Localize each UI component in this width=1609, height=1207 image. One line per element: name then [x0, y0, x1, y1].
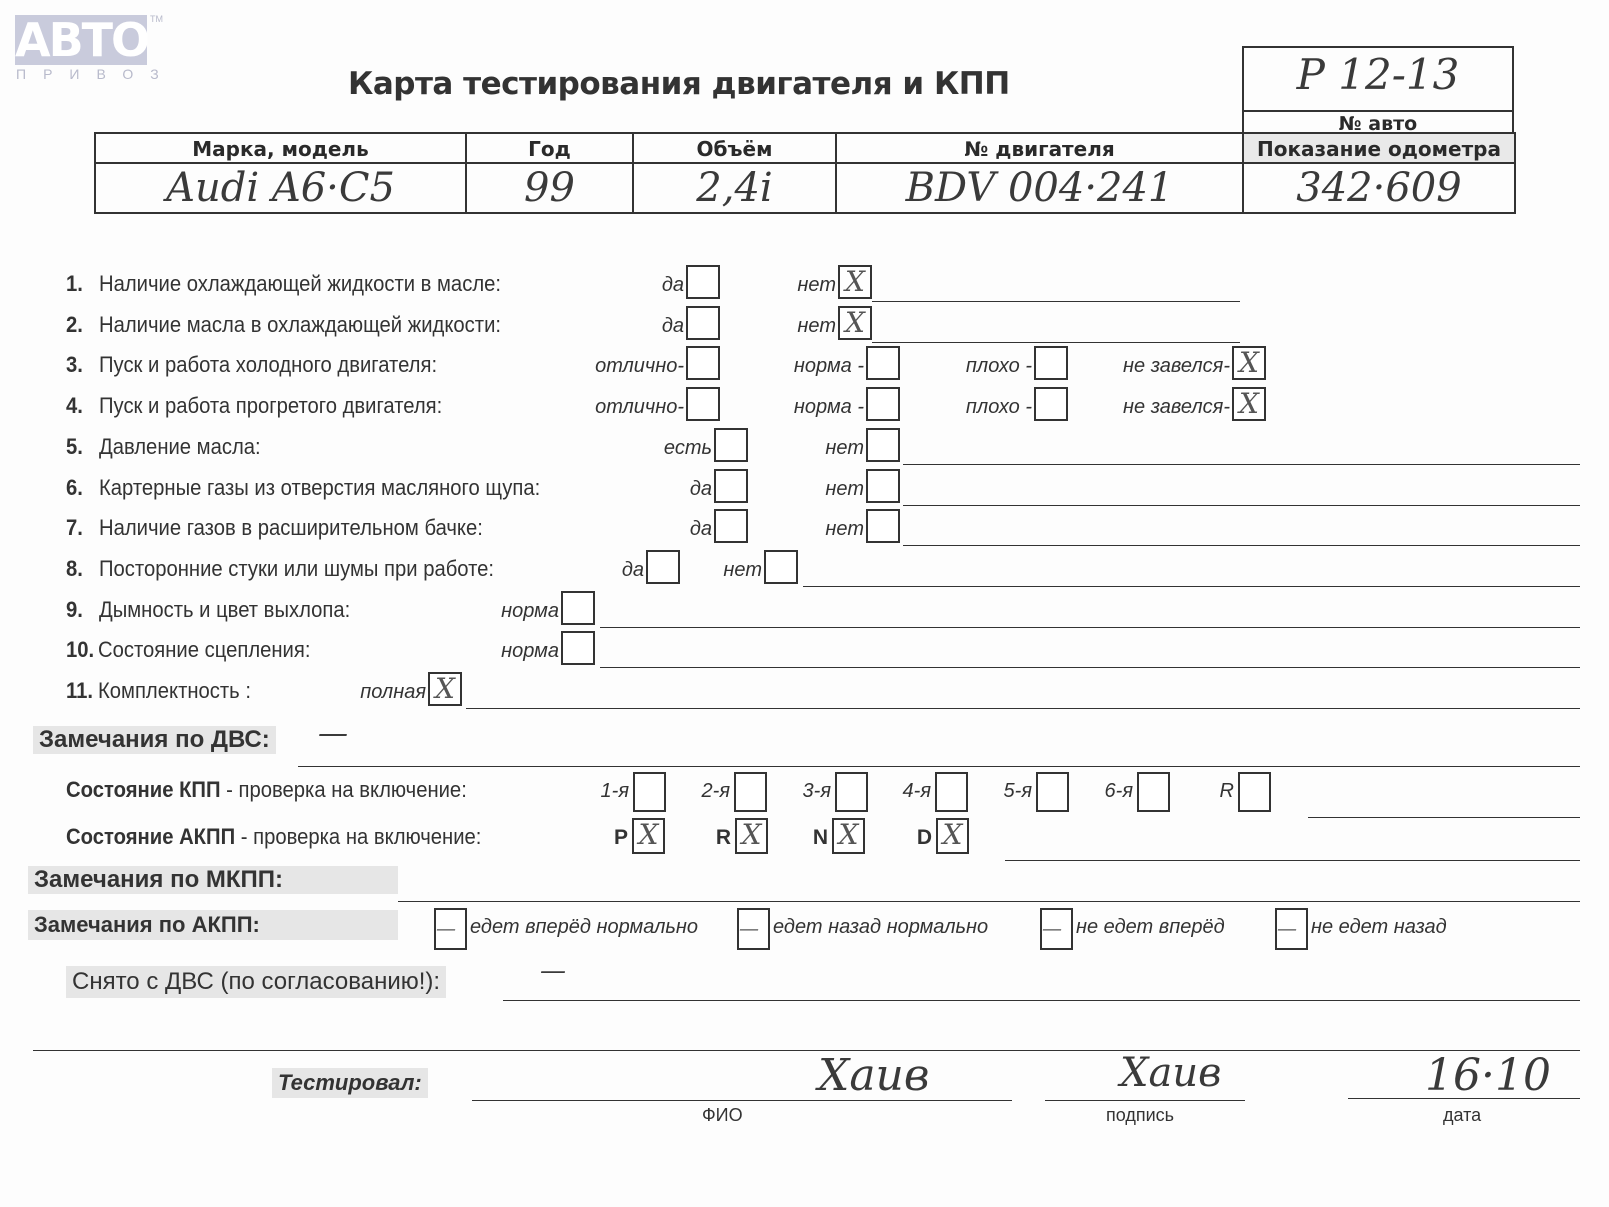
engine-number-value: BDV 004·241 — [836, 163, 1243, 213]
question-text: Пуск и работа прогретого двигателя: — [99, 393, 442, 419]
checkbox[interactable] — [714, 509, 748, 543]
gear-label: 6-я — [1105, 780, 1133, 803]
option-label: нет — [797, 315, 836, 338]
option-label: плохо - — [966, 355, 1032, 378]
question-text: Посторонние стуки или шумы при работе: — [99, 556, 494, 582]
car-number-box: P 12-13 № авто — [1242, 46, 1514, 132]
check-mark-icon: X — [430, 674, 460, 704]
answer-line[interactable] — [903, 464, 1580, 465]
option-label: нет — [825, 437, 864, 460]
tested-by-name[interactable]: Хаив — [818, 1050, 930, 1101]
logo-tm: TM — [150, 14, 163, 24]
checkbox[interactable] — [1034, 346, 1068, 380]
removed-value: — — [540, 956, 566, 986]
removed-label: Снято с ДВС (по согласованию!): — [66, 966, 446, 998]
checkbox[interactable] — [866, 509, 900, 543]
checkbox[interactable] — [561, 591, 595, 625]
checkbox[interactable] — [1034, 387, 1068, 421]
vehicle-info-table: Марка, модель Год Объём № двигателя Пока… — [94, 132, 1516, 214]
check-mark-icon: X — [634, 820, 663, 850]
dash-mark-icon: — — [1277, 910, 1306, 946]
signature-caption: подпись — [1106, 1105, 1174, 1126]
gear-label: 4-я — [903, 780, 931, 803]
answer-line[interactable] — [903, 505, 1580, 506]
question-number: 9. — [66, 597, 83, 623]
col-header-odometer: Показание одометра — [1243, 133, 1515, 163]
checkbox[interactable]: X — [1232, 387, 1266, 421]
option-label: нет — [825, 518, 864, 541]
remarks-auto-label: Замечания по АКПП: — [28, 910, 398, 940]
logo: АВТО — [15, 15, 147, 65]
answer-line[interactable] — [600, 627, 1580, 628]
question-number: 5. — [66, 434, 83, 460]
question-number: 1. — [66, 271, 83, 297]
auto-gear-label: N — [813, 826, 828, 850]
gear-checkbox[interactable] — [633, 772, 666, 812]
gear-label: 1-я — [601, 780, 629, 803]
question-text: Комплектность : — [98, 678, 251, 704]
option-label: норма — [501, 600, 559, 623]
answer-line[interactable] — [600, 667, 1580, 668]
car-number-value: P 12-13 — [1244, 50, 1512, 99]
manual-gearbox-label: Состояние КПП - проверка на включение: — [66, 777, 467, 803]
question-number: 2. — [66, 312, 83, 338]
question-number: 4. — [66, 393, 83, 419]
option-label: нет — [797, 274, 836, 297]
signature-line — [1045, 1100, 1245, 1101]
dash-mark-icon: — — [739, 910, 768, 946]
option-label: норма — [501, 640, 559, 663]
option-label: есть — [664, 437, 712, 460]
remarks-manual-line[interactable] — [398, 901, 1580, 902]
option-label: норма - — [794, 355, 864, 378]
removed-line[interactable] — [503, 1000, 1580, 1001]
question-text: Наличие охлаждающей жидкости в масле: — [99, 271, 501, 297]
option-label: да — [662, 315, 684, 338]
gear-checkbox[interactable] — [734, 772, 767, 812]
model-value: Audi A6·C5 — [95, 163, 466, 213]
checkbox[interactable] — [561, 631, 595, 665]
remark-checkbox[interactable]: — — [1040, 908, 1073, 950]
check-mark-icon: X — [840, 267, 870, 297]
checkbox[interactable]: X — [838, 265, 872, 299]
remarks-engine-label: Замечания по ДВС: — [33, 726, 276, 754]
checkbox[interactable]: X — [838, 306, 872, 340]
question-text: Дымность и цвет выхлопа: — [99, 597, 350, 623]
logo-subtitle: ПРИВОЗ — [16, 66, 176, 82]
option-label: нет — [723, 559, 762, 582]
remark-option-label: едет вперёд нормально — [470, 916, 698, 939]
remarks-manual-label: Замечания по МКПП: — [28, 866, 398, 894]
remark-option-label: не едет назад — [1311, 916, 1447, 939]
check-mark-icon: X — [938, 820, 967, 850]
auto-gear-checkbox[interactable]: X — [735, 818, 768, 854]
option-label: да — [690, 518, 712, 541]
question-text: Состояние сцепления: — [98, 637, 310, 663]
manual-gearbox-line[interactable] — [1308, 817, 1580, 818]
check-mark-icon: X — [737, 820, 766, 850]
gear-checkbox[interactable] — [1137, 772, 1170, 812]
option-label: да — [690, 478, 712, 501]
question-text: Наличие масла в охлаждающей жидкости: — [99, 312, 501, 338]
checkbox[interactable] — [866, 428, 900, 462]
answer-line[interactable] — [903, 545, 1580, 546]
remarks-engine-value: — — [318, 716, 348, 751]
option-label: да — [662, 274, 684, 297]
gear-checkbox[interactable] — [1036, 772, 1069, 812]
date-caption: дата — [1443, 1105, 1481, 1126]
odometer-value: 342·609 — [1243, 163, 1515, 213]
option-label: норма - — [794, 396, 864, 419]
checkbox[interactable] — [686, 306, 720, 340]
tested-by-label: Тестировал: — [272, 1068, 428, 1098]
checkbox[interactable] — [764, 550, 798, 584]
check-mark-icon: X — [834, 820, 863, 850]
checkbox[interactable] — [866, 346, 900, 380]
remark-option-label: не едет вперёд — [1076, 916, 1225, 939]
remarks-engine-line[interactable] — [298, 766, 1580, 767]
option-label: не завелся- — [1123, 355, 1230, 378]
dash-mark-icon: — — [1042, 910, 1071, 946]
gear-checkbox[interactable] — [835, 772, 868, 812]
col-header-year: Год — [466, 133, 633, 163]
check-mark-icon: X — [840, 308, 870, 338]
auto-gear-checkbox[interactable]: X — [632, 818, 665, 854]
name-line — [472, 1100, 1012, 1101]
year-value: 99 — [466, 163, 633, 213]
gear-label: 5-я — [1004, 780, 1032, 803]
gear-label: 2-я — [702, 780, 730, 803]
auto-gear-label: D — [917, 826, 932, 850]
remark-checkbox[interactable]: — — [434, 908, 467, 950]
auto-gear-label: P — [614, 826, 628, 850]
checkbox[interactable] — [866, 469, 900, 503]
option-label: полная — [360, 681, 426, 704]
name-caption: ФИО — [702, 1105, 743, 1126]
checkbox[interactable]: X — [1232, 346, 1266, 380]
checkbox[interactable] — [714, 469, 748, 503]
remark-checkbox[interactable]: — — [737, 908, 770, 950]
tested-by-signature[interactable]: Хаив — [1120, 1050, 1221, 1096]
remark-checkbox[interactable]: — — [1275, 908, 1308, 950]
checkbox[interactable] — [686, 346, 720, 380]
date-line — [1348, 1098, 1580, 1099]
question-number: 6. — [66, 475, 83, 501]
remark-option-label: едет назад нормально — [773, 916, 988, 939]
col-header-engine-number: № двигателя — [836, 133, 1243, 163]
checkbox[interactable] — [866, 387, 900, 421]
checkbox[interactable] — [714, 428, 748, 462]
checkbox[interactable]: X — [428, 672, 462, 706]
option-label: плохо - — [966, 396, 1032, 419]
gear-checkbox[interactable] — [1238, 772, 1271, 812]
volume-value: 2,4i — [633, 163, 836, 213]
answer-line[interactable] — [872, 301, 1240, 302]
question-number: 10. — [66, 637, 94, 663]
question-number: 11. — [66, 678, 93, 704]
gear-label: 3-я — [803, 780, 831, 803]
option-label: не завелся- — [1123, 396, 1230, 419]
option-label: отлично- — [595, 396, 684, 419]
gear-checkbox[interactable] — [935, 772, 968, 812]
answer-line[interactable] — [803, 586, 1580, 587]
question-number: 7. — [66, 515, 83, 541]
col-header-volume: Объём — [633, 133, 836, 163]
auto-gear-checkbox[interactable]: X — [936, 818, 969, 854]
answer-line[interactable] — [872, 342, 1240, 343]
checkbox[interactable] — [686, 387, 720, 421]
auto-gearbox-label: Состояние АКПП - проверка на включение: — [66, 824, 481, 850]
auto-gearbox-line[interactable] — [1005, 860, 1580, 861]
option-label: отлично- — [595, 355, 684, 378]
check-mark-icon: X — [1234, 348, 1264, 378]
page-title: Карта тестирования двигателя и КПП — [348, 66, 1010, 102]
checkbox[interactable] — [686, 265, 720, 299]
auto-gear-label: R — [716, 826, 731, 850]
gear-label: R — [1220, 780, 1234, 803]
check-mark-icon: X — [1234, 389, 1264, 419]
option-label: да — [622, 559, 644, 582]
checkbox[interactable] — [646, 550, 680, 584]
question-number: 3. — [66, 352, 83, 378]
question-text: Картерные газы из отверстия масляного щу… — [99, 475, 540, 501]
question-text: Пуск и работа холодного двигателя: — [99, 352, 437, 378]
question-text: Наличие газов в расширительном бачке: — [99, 515, 483, 541]
divider — [33, 1050, 1580, 1051]
auto-gear-checkbox[interactable]: X — [832, 818, 865, 854]
question-text: Давление масла: — [99, 434, 261, 460]
answer-line[interactable] — [466, 708, 1580, 709]
question-number: 8. — [66, 556, 83, 582]
tested-by-date[interactable]: 16·10 — [1425, 1050, 1551, 1101]
dash-mark-icon: — — [436, 910, 465, 946]
col-header-model: Марка, модель — [95, 133, 466, 163]
option-label: нет — [825, 478, 864, 501]
